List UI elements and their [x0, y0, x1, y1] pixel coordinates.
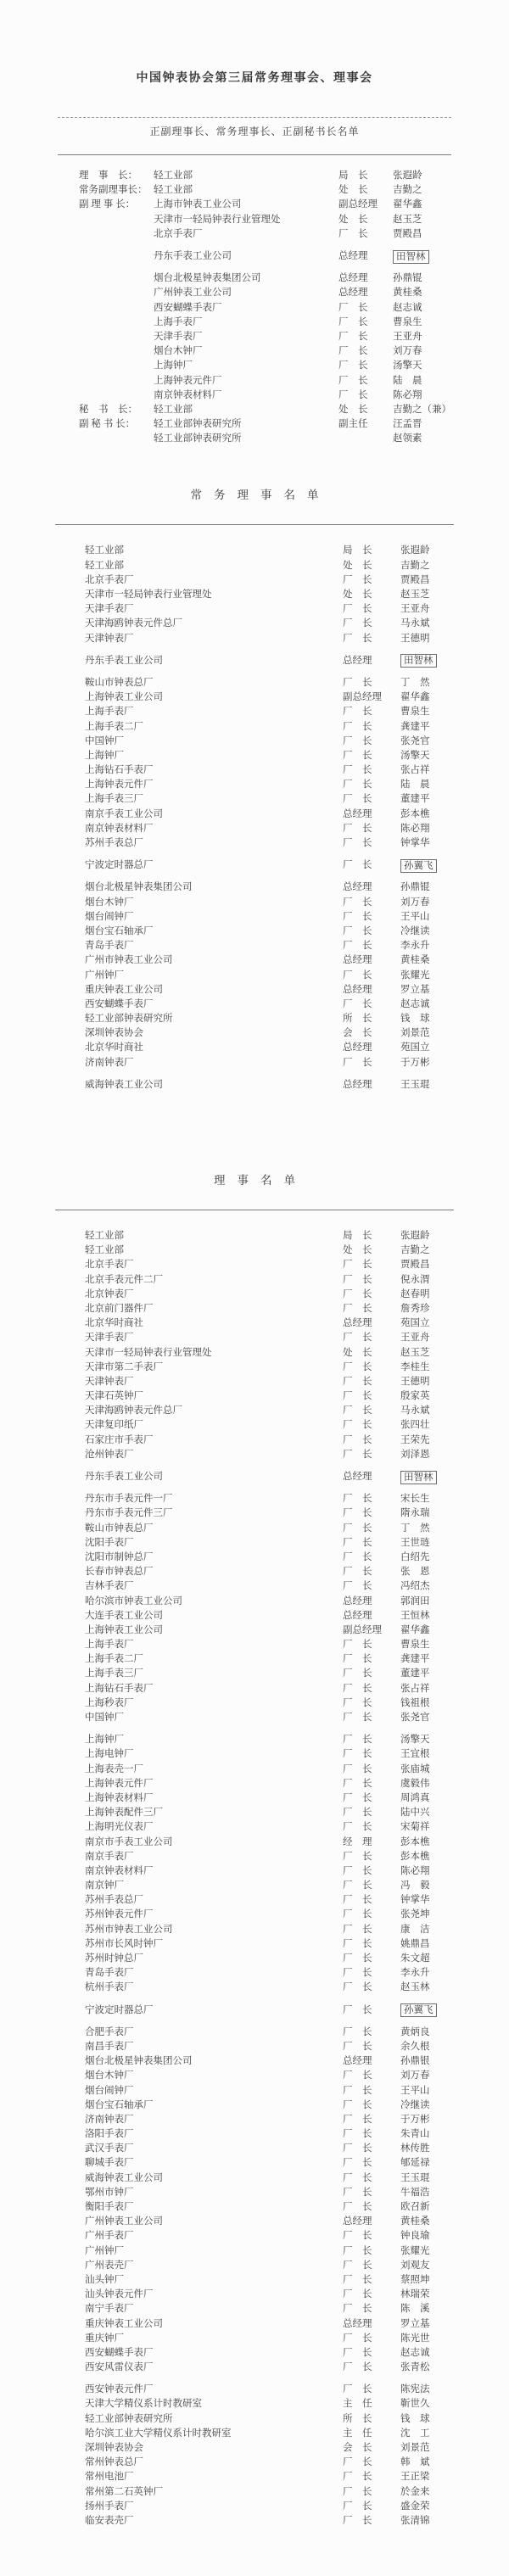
- name-cell: 赵玉芝: [400, 589, 472, 601]
- member-row: 汕头钟表元件厂厂 长林瑞荣: [85, 2288, 472, 2302]
- member-row: 上海手表厂厂 长曹泉生: [85, 1638, 472, 1652]
- title-cell: 厂 长: [338, 331, 393, 344]
- org-cell: 轻工业部: [85, 1244, 343, 1257]
- name-cell: 丁 然: [400, 677, 472, 690]
- name-cell: 孙鼎锟: [393, 272, 462, 285]
- title-cell: 厂 长: [343, 2085, 400, 2098]
- title-cell: 厂 长: [343, 1551, 400, 1564]
- org-cell: 轻工业部钟表研究所: [85, 1013, 343, 1025]
- org-cell: 南京手表厂: [85, 1851, 343, 1864]
- name-cell: 钟掌华: [400, 1894, 472, 1907]
- title-cell: 会 长: [343, 2442, 400, 2455]
- name-cell: 虞毅伟: [400, 1778, 472, 1791]
- title-cell: 处 长: [343, 589, 400, 601]
- org-cell: 南京市手表工业公司: [85, 1836, 343, 1849]
- member-row: 丹东手表工业公司总经理田智林: [85, 1470, 472, 1484]
- org-cell: 烟台宝石轴承厂: [85, 2099, 343, 2112]
- org-cell: 天津复印纸厂: [85, 1419, 343, 1432]
- org-cell: 哈尔滨市钟表工业公司: [85, 1595, 343, 1608]
- name-cell: 翟华鑫: [393, 198, 462, 211]
- name-cell: 马永斌: [400, 1405, 472, 1417]
- name-cell: 蔡照坤: [400, 2274, 472, 2287]
- title-cell: 厂 长: [343, 1908, 400, 1921]
- member-row: 烟台北极星钟表集团公司总经理孙鼎锟: [79, 271, 462, 286]
- title-cell: 总经理: [343, 2318, 400, 2331]
- org-cell: 上海钻石手表厂: [85, 764, 343, 777]
- title-cell: 厂 长: [343, 897, 400, 909]
- member-row: 苏州手表总厂厂 长钟掌华: [85, 836, 472, 851]
- name-cell: 林瑞荣: [400, 2288, 472, 2301]
- name-cell: 孙翼飞: [400, 859, 472, 873]
- member-row: 扬州手表厂厂 长盛金荣: [85, 2500, 472, 2514]
- name-cell: 贾殿昌: [400, 1259, 472, 1271]
- member-row: 丹东市手表元件一厂厂 长宋长生: [85, 1492, 472, 1506]
- org-cell: 青岛手表厂: [85, 1967, 343, 1980]
- name-cell: 龚建平: [400, 721, 472, 734]
- title-cell: 厂 长: [338, 389, 393, 402]
- member-row: 烟台北极星钟表集团公司总经理孙鼎银: [85, 2054, 472, 2069]
- name-cell: 姚鼎昌: [400, 1938, 472, 1951]
- member-row: 南京钟表材料厂厂 长陈必翔: [79, 388, 462, 403]
- name-cell: 王玉琨: [400, 1079, 472, 1092]
- member-row: 青岛手表厂厂 长李永升: [85, 1966, 472, 1981]
- title-cell: 总经理: [343, 881, 400, 894]
- boxed-name: 田智林: [393, 250, 429, 264]
- org-cell: 轻工业部: [154, 404, 338, 416]
- org-cell: 上海手表二厂: [85, 1653, 343, 1666]
- org-cell: 南京钟厂: [85, 1880, 343, 1892]
- org-cell: 鞍山市钟表总厂: [85, 1523, 343, 1535]
- org-cell: 天津石英钟厂: [85, 1390, 343, 1403]
- org-cell: 深圳钟表协会: [85, 1027, 343, 1040]
- member-row: 上海手表厂厂 长曹泉生: [85, 705, 472, 719]
- title-cell: 厂 长: [343, 1259, 400, 1271]
- org-cell: 广州市钟表工业公司: [85, 954, 343, 967]
- org-cell: 宁波定时器总厂: [85, 859, 343, 872]
- member-row: 广州钟表工业公司总经理黄桂桑: [85, 2215, 472, 2229]
- name-cell: 彭本樵: [400, 808, 472, 821]
- name-cell: 张四壮: [400, 1419, 472, 1432]
- title-cell: 厂 长: [343, 2274, 400, 2287]
- member-row: 沈阳手表厂厂 长王世琏: [85, 1536, 472, 1551]
- name-cell: 李桂生: [400, 1361, 472, 1374]
- name-cell: 张遐龄: [400, 1230, 472, 1243]
- name-cell: 朱青山: [400, 2128, 472, 2141]
- member-row: 西安钟表元件厂厂 长陈宪法: [85, 2383, 472, 2397]
- title-cell: 副主任: [338, 418, 393, 431]
- title-cell: 处 长: [338, 404, 393, 416]
- title-cell: 厂 长: [343, 1449, 400, 1461]
- name-cell: 周鸿真: [400, 1792, 472, 1805]
- member-row: 深圳钟表协会会 长刘景范: [85, 1026, 472, 1041]
- member-row: 轻工业部钟表研究所所 长钱 球: [85, 1012, 472, 1026]
- title-cell: 厂 长: [343, 1537, 400, 1550]
- member-row: 南京手表工业公司总经理彭本樵: [85, 807, 472, 822]
- member-row: 南京钟厂厂 长冯 毅: [85, 1879, 472, 1893]
- title-cell: 厂 长: [343, 1712, 400, 1724]
- org-cell: 上海钟表元件厂: [85, 779, 343, 791]
- title-cell: 主 任: [343, 2428, 400, 2440]
- member-row: 理 事 长：轻工业部局 长张遐龄: [79, 169, 462, 183]
- member-row: 苏州市长风时钟厂厂 长姚鼎昌: [85, 1937, 472, 1952]
- org-cell: 上海钟表材料厂: [85, 1792, 343, 1805]
- member-row: 天津大学精仪系计时教研室主 任靳世久: [85, 2397, 472, 2411]
- title-cell: 厂 长: [343, 969, 400, 982]
- org-cell: 扬州手表厂: [85, 2501, 343, 2513]
- org-cell: 中国钟厂: [85, 735, 343, 748]
- org-cell: 重庆钟厂: [85, 2333, 343, 2345]
- label-cell: 秘 书 长：: [79, 404, 154, 416]
- title-cell: 总经理: [343, 1471, 400, 1484]
- standing-directors-divider: [55, 524, 454, 525]
- title-cell: 处 长: [343, 1244, 400, 1257]
- title-cell: 厂 长: [343, 1953, 400, 1965]
- member-row: 上海钟厂厂 长汤擎天: [79, 359, 462, 373]
- name-cell: 陆 晨: [393, 375, 462, 388]
- member-row: 南京钟表材料厂厂 长陈必翔: [85, 1864, 472, 1879]
- org-cell: 上海钟厂: [85, 750, 343, 763]
- member-row: 深圳钟表协会会 长刘景范: [85, 2441, 472, 2456]
- title-cell: 厂 长: [343, 2515, 400, 2528]
- member-row: 烟台宝石轴承厂厂 长冷继读: [85, 2098, 472, 2113]
- title-cell: 副总经理: [338, 198, 393, 211]
- member-row: 上海手表二厂厂 长龚建平: [85, 1652, 472, 1667]
- member-row: 轻工业部处 长吉勤之: [85, 1243, 472, 1258]
- org-cell: 重庆钟表工业公司: [85, 2318, 343, 2331]
- org-cell: 广州钟表工业公司: [85, 2216, 343, 2228]
- member-row: 鞍山市钟表总厂厂 长丁 然: [85, 676, 472, 690]
- org-cell: 哈尔滨工业大学精仪系计时教研室: [85, 2428, 343, 2440]
- org-cell: 宁波定时器总厂: [85, 2004, 343, 2017]
- name-cell: 于万彬: [400, 2114, 472, 2126]
- name-cell: 宋菊祥: [400, 1821, 472, 1834]
- name-cell: 赵玉芝: [393, 214, 462, 226]
- title-cell: 局 长: [338, 170, 393, 182]
- org-cell: 烟台木钟厂: [154, 345, 338, 358]
- org-cell: 西安钟表元件厂: [85, 2383, 343, 2396]
- name-cell: 贾殿昌: [393, 228, 462, 241]
- title-cell: 厂 长: [343, 1405, 400, 1417]
- member-row: 广州钟厂厂 长张耀光: [85, 968, 472, 982]
- member-row: 西安蝴蝶手表厂厂 长赵志诚: [85, 2346, 472, 2361]
- name-cell: 王宜根: [400, 1748, 472, 1761]
- title-cell: 厂 长: [343, 2187, 400, 2199]
- org-cell: 中国钟厂: [85, 1712, 343, 1724]
- title-cell: 总经理: [338, 287, 393, 299]
- title-cell: 厂 长: [343, 2471, 400, 2484]
- member-row: 天津钟表厂厂 长王德明: [85, 1375, 472, 1389]
- title-cell: 厂 长: [343, 2456, 400, 2469]
- title-cell: 厂 长: [343, 2128, 400, 2141]
- org-cell: 广州手表厂: [85, 2230, 343, 2243]
- title-cell: 厂 长: [343, 1697, 400, 1710]
- boxed-name: 田智林: [400, 654, 437, 668]
- org-cell: 广州表壳厂: [85, 2260, 343, 2272]
- name-cell: 丁 然: [400, 1523, 472, 1535]
- boxed-name: 田智林: [400, 1471, 437, 1484]
- member-row: 北京前门器件厂厂 长詹秀珍: [85, 1302, 472, 1316]
- title-cell: 厂 长: [343, 2501, 400, 2513]
- org-cell: 武汉手表厂: [85, 2143, 343, 2155]
- name-cell: 彭本樵: [400, 1851, 472, 1864]
- member-row: 西安蝴蝶手表厂厂 长赵志诚: [85, 997, 472, 1012]
- member-row: 常州钟表总厂厂 长韩 斌: [85, 2456, 472, 2470]
- member-row: 合肥手表厂厂 长黄炳良: [85, 2026, 472, 2040]
- org-cell: 南京钟表材料厂: [85, 823, 343, 835]
- title-cell: 厂 长: [343, 1274, 400, 1287]
- org-cell: 汕头钟表元件厂: [85, 2288, 343, 2301]
- name-cell: 刘万春: [400, 897, 472, 909]
- name-cell: 刘万春: [393, 345, 462, 358]
- org-cell: 上海手表二厂: [85, 721, 343, 734]
- member-row: 中国钟厂厂 长张尧官: [85, 735, 472, 749]
- name-cell: 孙翼飞: [400, 2003, 472, 2017]
- org-cell: 沈阳手表厂: [85, 1537, 343, 1550]
- name-cell: 黄桂桑: [400, 954, 472, 967]
- title-cell: 副总经理: [343, 691, 400, 704]
- title-cell: 处 长: [338, 214, 393, 226]
- name-cell: 王平山: [400, 2085, 472, 2098]
- member-row: 南宁手表厂厂 长陈 溪: [85, 2302, 472, 2316]
- member-row: 宁波定时器总厂厂 长孙翼飞: [85, 2003, 472, 2018]
- org-cell: 上海手表厂: [85, 706, 343, 718]
- member-row: 石家庄市手表厂厂 长王荣先: [85, 1433, 472, 1448]
- name-cell: 李永升: [400, 1967, 472, 1980]
- org-cell: 上海手表厂: [85, 1639, 343, 1651]
- member-row: 上海钟厂厂 长汤擎天: [85, 1733, 472, 1747]
- org-cell: 沈阳市制钟总厂: [85, 1551, 343, 1564]
- org-cell: 苏州时钟总厂: [85, 1953, 343, 1965]
- title-cell: 厂 长: [338, 228, 393, 241]
- title-cell: 厂 长: [343, 677, 400, 690]
- title-cell: 厂 长: [343, 1361, 400, 1374]
- member-row: 西安风雷仪表厂厂 长张青松: [85, 2361, 472, 2375]
- name-cell: 钱 球: [400, 2413, 472, 2426]
- title-cell: 厂 长: [343, 911, 400, 924]
- member-row: 天津市第二手表厂厂 长李桂生: [85, 1361, 472, 1375]
- member-row: 临安表壳厂厂 长张清锦: [85, 2514, 472, 2529]
- name-cell: 余久根: [400, 2041, 472, 2054]
- title-cell: 厂 长: [338, 302, 393, 315]
- name-cell: 贾殿昌: [400, 574, 472, 587]
- member-row: 威海钟表工业公司总经理王玉琨: [85, 1078, 472, 1092]
- title-cell: 厂 长: [338, 345, 393, 358]
- document-page: 中国钟表协会第三届常务理事会、理事会 正副理事长、常务理事长、正副秘书长名单 理…: [0, 0, 509, 2576]
- title-cell: 厂 长: [343, 2303, 400, 2316]
- title-cell: 厂 长: [343, 2201, 400, 2214]
- member-row: 上海手表三厂厂 长董建平: [85, 792, 472, 807]
- title-cell: 厂 长: [343, 1938, 400, 1951]
- title-cell: 厂 长: [343, 2026, 400, 2039]
- title-cell: 厂 长: [343, 721, 400, 734]
- name-cell: 郇延禄: [400, 2157, 472, 2170]
- member-row: 大连手表工业公司总经理王恒林: [85, 1609, 472, 1623]
- org-cell: 丹东市手表元件三厂: [85, 1507, 343, 1520]
- leaders-divider: [58, 154, 451, 155]
- member-row: 鞍山市钟表总厂厂 长丁 然: [85, 1522, 472, 1536]
- name-cell: 罗立基: [400, 2318, 472, 2331]
- name-cell: 白绍先: [400, 1551, 472, 1564]
- org-cell: 北京手表厂: [85, 1259, 343, 1271]
- name-cell: 王德明: [400, 1376, 472, 1389]
- title-cell: 厂 长: [343, 2172, 400, 2185]
- org-cell: 上海表壳一厂: [85, 1763, 343, 1776]
- title-cell: 厂 长: [343, 925, 400, 938]
- org-cell: 西安蝴蝶手表厂: [85, 2347, 343, 2360]
- member-row: 天津市一轻局钟表行业管理处处 长赵玉芝: [85, 588, 472, 602]
- name-cell: 黄桂桑: [400, 2216, 472, 2228]
- member-row: 秘 书 长：轻工业部处 长吉勤之（兼）: [79, 403, 462, 417]
- name-cell: 赵志诚: [393, 302, 462, 315]
- member-row: 鄂州市钟厂厂 长牛福浩: [85, 2186, 472, 2200]
- member-row: 广州市钟表工业公司总经理黄桂桑: [85, 953, 472, 968]
- member-row: 吉林手表厂厂 长冯绍杰: [85, 1579, 472, 1594]
- org-cell: 上海钟表配件三厂: [85, 1807, 343, 1819]
- name-cell: 盛金荣: [400, 2501, 472, 2513]
- name-cell: 隋永瑞: [400, 1507, 472, 1520]
- org-cell: 苏州钟表元件厂: [85, 1908, 343, 1921]
- title-cell: 厂 长: [343, 2288, 400, 2301]
- member-row: 丹东市手表元件三厂厂 长隋永瑞: [85, 1506, 472, 1521]
- title-cell: 厂 长: [343, 2383, 400, 2396]
- member-row: 洛阳手表厂厂 长朱青山: [85, 2127, 472, 2142]
- title-cell: 总经理: [343, 655, 400, 668]
- member-row: 上海手表三厂厂 长董建平: [85, 1667, 472, 1681]
- name-cell: 王亚舟: [400, 1332, 472, 1344]
- member-row: 威海钟表工业公司厂 长王玉琨: [85, 2171, 472, 2186]
- title-cell: 总经理: [338, 272, 393, 285]
- title-cell: 所 长: [343, 1013, 400, 1025]
- member-row: 沈阳市制钟总厂厂 长白绍先: [85, 1551, 472, 1565]
- org-cell: 苏州市长风时钟厂: [85, 1938, 343, 1951]
- org-cell: 北京前门器件厂: [85, 1303, 343, 1316]
- name-cell: 张耀光: [400, 969, 472, 982]
- title-cell: 厂 长: [343, 1763, 400, 1776]
- name-cell: 欧召新: [400, 2201, 472, 2214]
- standing-directors-list: 轻工业部局 长张遐龄轻工业部处 长吉勤之北京手表厂厂 长贾殿昌天津市一轻局钟表行…: [85, 544, 472, 1092]
- title-cell: 厂 长: [343, 2361, 400, 2374]
- org-cell: 丹东手表工业公司: [85, 1471, 343, 1484]
- org-cell: 长春市钟表总厂: [85, 1566, 343, 1579]
- org-cell: 轻工业部: [154, 184, 338, 197]
- member-row: 上海手表厂厂 长曹泉生: [79, 316, 462, 330]
- title-cell: 总经理: [343, 808, 400, 821]
- name-cell: 郭润田: [400, 1595, 472, 1608]
- org-cell: 天津海鸥钟表元件总厂: [85, 1405, 343, 1417]
- org-cell: 合肥手表厂: [85, 2026, 343, 2039]
- title-cell: 厂 长: [343, 2070, 400, 2082]
- member-row: 上海钟表元件厂厂 长陆 晨: [79, 373, 462, 388]
- name-cell: 赵玉林: [400, 1981, 472, 1994]
- member-row: 苏州时钟总厂厂 长朱文超: [85, 1952, 472, 1966]
- org-cell: 丹东市手表元件一厂: [85, 1493, 343, 1506]
- member-row: 广州钟厂厂 长张耀光: [85, 2244, 472, 2259]
- org-cell: 大连手表工业公司: [85, 1610, 343, 1623]
- title-cell: 厂 长: [343, 823, 400, 835]
- title-cell: 厂 长: [343, 750, 400, 763]
- title-cell: 厂 长: [343, 2347, 400, 2360]
- member-row: 天津钟表厂厂 长王德明: [85, 632, 472, 646]
- member-row: 汕头钟厂厂 长蔡照坤: [85, 2273, 472, 2288]
- title-cell: 厂 长: [343, 1967, 400, 1980]
- title-cell: 副总经理: [343, 1624, 400, 1637]
- member-row: 常务副理事长：轻工业部处 长吉勤之: [79, 183, 462, 198]
- member-row: 北京手表厂厂 长贾殿昌: [79, 227, 462, 242]
- leaders-list: 理 事 长：轻工业部局 长张遐龄常务副理事长：轻工业部处 长吉勤之副 理 事 长…: [79, 169, 462, 446]
- name-cell: 吉勤之（兼）: [393, 404, 462, 416]
- title-cell: 总经理: [343, 984, 400, 997]
- title-cell: 主 任: [343, 2398, 400, 2411]
- member-row: 天津海鸥钟表元件总厂厂 长马永斌: [85, 617, 472, 631]
- name-cell: 王恒林: [400, 1610, 472, 1623]
- org-cell: 上海钟表工业公司: [85, 1624, 343, 1637]
- org-cell: 上海秒表厂: [85, 1697, 343, 1710]
- title-cell: 厂 长: [343, 1778, 400, 1791]
- title-cell: 厂 长: [343, 1880, 400, 1892]
- title-cell: 厂 长: [343, 1390, 400, 1403]
- title-cell: 厂 长: [343, 706, 400, 718]
- org-cell: 上海钟表工业公司: [85, 691, 343, 704]
- name-cell: 钱祖根: [400, 1697, 472, 1710]
- name-cell: 刘景范: [400, 2442, 472, 2455]
- member-row: 济南钟表厂厂 长于万彬: [85, 2113, 472, 2127]
- org-cell: 轻工业部: [154, 170, 338, 182]
- name-cell: 詹秀珍: [400, 1303, 472, 1316]
- member-row: 广州手表厂厂 长钟良瑜: [85, 2229, 472, 2244]
- org-cell: 北京手表元件二厂: [85, 1274, 343, 1287]
- member-row: 上海钟表工业公司副总经理翟华鑫: [85, 1623, 472, 1638]
- org-cell: 沧州钟表厂: [85, 1449, 343, 1461]
- title-cell: 处 长: [343, 1347, 400, 1360]
- org-cell: 上海明光仪表厂: [85, 1821, 343, 1834]
- title-cell: 厂 长: [343, 2333, 400, 2345]
- title-cell: 厂 长: [343, 1683, 400, 1696]
- name-cell: 苑国立: [400, 1042, 472, 1054]
- title-cell: 厂 长: [343, 1668, 400, 1680]
- title-cell: 厂 长: [343, 1057, 400, 1070]
- member-row: 烟台木钟厂厂 长刘万春: [79, 344, 462, 359]
- title-cell: 厂 长: [343, 2157, 400, 2170]
- member-row: 上海钟表工业公司副总经理翟华鑫: [85, 690, 472, 705]
- member-row: 宁波定时器总厂厂 长孙翼飞: [85, 858, 472, 873]
- name-cell: 赵志诚: [400, 2347, 472, 2360]
- org-cell: 上海钟表元件厂: [85, 1778, 343, 1791]
- name-cell: 李永升: [400, 940, 472, 953]
- title-cell: 厂 长: [343, 1580, 400, 1593]
- member-row: 上海电钟厂厂 长王宜根: [85, 1747, 472, 1762]
- org-cell: 衡阳手表厂: [85, 2201, 343, 2214]
- org-cell: 苏州手表总厂: [85, 1894, 343, 1907]
- member-row: 南京钟表材料厂厂 长陈必翔: [85, 822, 472, 836]
- org-cell: 汕头钟厂: [85, 2274, 343, 2287]
- name-cell: 沈 工: [400, 2428, 472, 2440]
- org-cell: 吉林手表厂: [85, 1580, 343, 1593]
- org-cell: 天津手表厂: [85, 1332, 343, 1344]
- title-cell: 厂 长: [343, 1566, 400, 1579]
- name-cell: 张青松: [400, 2361, 472, 2374]
- member-row: 天津海鸥钟表元件总厂厂 长马永斌: [85, 1404, 472, 1418]
- org-cell: 北京钟表厂: [85, 1288, 343, 1301]
- member-row: 常州电池厂厂 长王正梁: [85, 2470, 472, 2484]
- title-cell: 厂 长: [343, 2004, 400, 2017]
- name-cell: 刘万春: [400, 2070, 472, 2082]
- title-cell: 厂 长: [338, 316, 393, 329]
- name-cell: 冯 毅: [400, 1880, 472, 1892]
- member-row: 重庆钟厂厂 长陈光世: [85, 2332, 472, 2346]
- directors-divider: [55, 1210, 454, 1210]
- title-cell: 总经理: [343, 954, 400, 967]
- name-cell: 冯绍杰: [400, 1580, 472, 1593]
